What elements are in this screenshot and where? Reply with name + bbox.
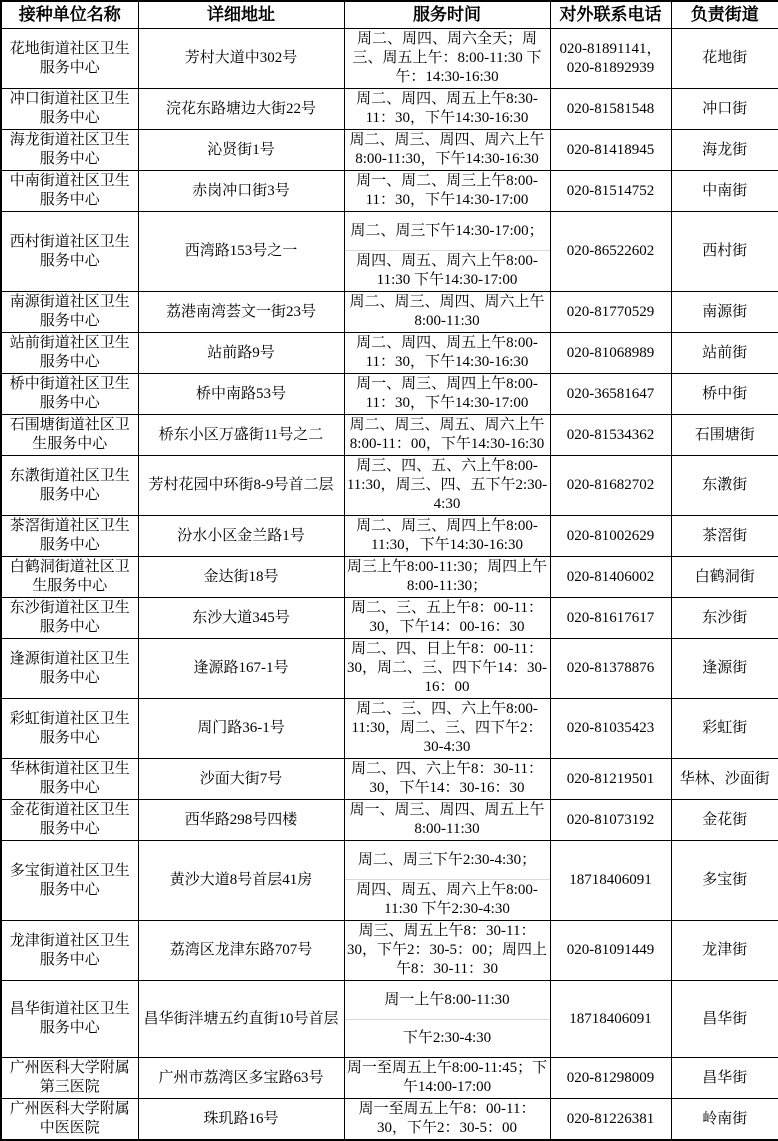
- cell-unit-name: 站前街道社区卫生服务中心: [1, 333, 138, 374]
- cell-address: 周门路36-1号: [138, 699, 344, 759]
- cell-service-time: 周一、周三、周四、周五上午8:00-11:30: [344, 800, 550, 841]
- table-row: 金花街道社区卫生服务中心西华路298号四楼周一、周三、周四、周五上午8:00-1…: [1, 800, 778, 841]
- cell-service-time: 周一至周五上午8:00-11:45；下午14:00-17:00: [344, 1058, 550, 1099]
- cell-service-time: 周三上午8:00-11:30；周四上午8:00-11:30；: [344, 557, 550, 598]
- cell-street: 华林、沙面街: [671, 759, 778, 800]
- cell-unit-name: 广州医科大学附属中医医院: [1, 1099, 138, 1141]
- cell-address: 沁贤街1号: [138, 130, 344, 171]
- cell-street: 岭南街: [671, 1099, 778, 1141]
- cell-phone: 020-81891141，020-81892939: [550, 29, 671, 89]
- cell-phone: 020-81219501: [550, 759, 671, 800]
- cell-service-time: 周二、周四、周五上午8:30-11：30，下午14:30-16:30: [344, 89, 550, 130]
- cell-address: 沙面大街7号: [138, 759, 344, 800]
- table-row: 茶滘街道社区卫生服务中心汾水小区金兰路1号周二、周三、周四上午8:00-11:3…: [1, 516, 778, 557]
- cell-address: 昌华街泮塘五约直街10号首层: [138, 981, 344, 1058]
- vaccination-units-table: 接种单位名称 详细地址 服务时间 对外联系电话 负责街道 花地街道社区卫生服务中…: [0, 0, 778, 1141]
- cell-unit-name: 南源街道社区卫生服务中心: [1, 292, 138, 333]
- col-header-address: 详细地址: [138, 1, 344, 29]
- cell-service-time: 周一、周三、周四上午8:00-11：30，下午14:30-17:00: [344, 374, 550, 415]
- table-row: 昌华街道社区卫生服务中心昌华街泮塘五约直街10号首层周一上午8:00-11:30…: [1, 981, 778, 1058]
- cell-service-time: 周一至周五上午8：00-11：30，下午2：30-5：00: [344, 1099, 550, 1141]
- cell-unit-name: 中南街道社区卫生服务中心: [1, 171, 138, 212]
- table-row: 桥中街道社区卫生服务中心桥中南路53号周一、周三、周四上午8:00-11：30，…: [1, 374, 778, 415]
- cell-service-time: 周二、周三下午14:30-17:00；周四、周五、周六上午8:00-11:30 …: [344, 212, 550, 292]
- cell-address: 站前路9号: [138, 333, 344, 374]
- table-row: 花地街道社区卫生服务中心芳村大道中302号周二、周四、周六全天；周三、周五上午：…: [1, 29, 778, 89]
- table-row: 白鹤洞街道社区卫生服务中心金达街18号周三上午8:00-11:30；周四上午8:…: [1, 557, 778, 598]
- cell-phone: 020-81682702: [550, 456, 671, 516]
- cell-service-time: 周二、四、六上午8：30-11：30，下午14：30-16：30: [344, 759, 550, 800]
- cell-address: 广州市荔湾区多宝路63号: [138, 1058, 344, 1099]
- cell-service-time: 周二、周四、周六全天；周三、周五上午：8:00-11:30 下午：14:30-1…: [344, 29, 550, 89]
- col-header-phone: 对外联系电话: [550, 1, 671, 29]
- cell-address: 浣花东路塘边大街22号: [138, 89, 344, 130]
- cell-address: 荔湾区龙津东路707号: [138, 921, 344, 981]
- cell-phone: 020-81035423: [550, 699, 671, 759]
- cell-address: 金达街18号: [138, 557, 344, 598]
- table-row: 广州医科大学附属第三医院广州市荔湾区多宝路63号周一至周五上午8:00-11:4…: [1, 1058, 778, 1099]
- cell-unit-name: 花地街道社区卫生服务中心: [1, 29, 138, 89]
- cell-service-time: 周二、周三、周四上午8:00-11:30，下午14:30-16:30: [344, 516, 550, 557]
- cell-service-time: 周一上午8:00-11:30下午2:30-4:30: [344, 981, 550, 1058]
- cell-street: 白鹤洞街: [671, 557, 778, 598]
- service-time-part: 下午2:30-4:30: [345, 1019, 550, 1057]
- cell-street: 冲口街: [671, 89, 778, 130]
- cell-unit-name: 西村街道社区卫生服务中心: [1, 212, 138, 292]
- cell-unit-name: 海龙街道社区卫生服务中心: [1, 130, 138, 171]
- cell-street: 龙津街: [671, 921, 778, 981]
- cell-unit-name: 龙津街道社区卫生服务中心: [1, 921, 138, 981]
- cell-address: 东沙大道345号: [138, 598, 344, 639]
- cell-service-time: 周一、周二、周三上午8:00-11：30，下午14:30-17:00: [344, 171, 550, 212]
- table-row: 海龙街道社区卫生服务中心沁贤街1号周二、周三、周四、周六上午8:00-11:30…: [1, 130, 778, 171]
- col-header-street: 负责街道: [671, 1, 778, 29]
- cell-address: 西华路298号四楼: [138, 800, 344, 841]
- cell-street: 金花街: [671, 800, 778, 841]
- cell-phone: 020-81068989: [550, 333, 671, 374]
- cell-phone: 18718406091: [550, 841, 671, 921]
- cell-phone: 020-81298009: [550, 1058, 671, 1099]
- cell-service-time: 周二、周三、周四、周六上午8:00-11:30，下午14:30-16:30: [344, 130, 550, 171]
- table-row: 站前街道社区卫生服务中心站前路9号周二、周四、周五上午8:00-11：30，下午…: [1, 333, 778, 374]
- cell-service-time: 周二、周三、周四、周六上午8:00-11:30: [344, 292, 550, 333]
- table-row: 中南街道社区卫生服务中心赤岗冲口街3号周一、周二、周三上午8:00-11：30，…: [1, 171, 778, 212]
- cell-service-time: 周二、周三下午2:30-4:30；周四、周五、周六上午8:00-11:30 下午…: [344, 841, 550, 921]
- table-row: 逢源街道社区卫生服务中心逢源路167-1号周二、四、日上午8：00-11：30，…: [1, 639, 778, 699]
- service-time-part: 周四、周五、周六上午8:00-11:30 下午2:30-4:30: [345, 879, 550, 920]
- cell-street: 彩虹街: [671, 699, 778, 759]
- cell-address: 汾水小区金兰路1号: [138, 516, 344, 557]
- cell-street: 海龙街: [671, 130, 778, 171]
- cell-address: 珠玑路16号: [138, 1099, 344, 1141]
- cell-unit-name: 金花街道社区卫生服务中心: [1, 800, 138, 841]
- cell-street: 多宝街: [671, 841, 778, 921]
- cell-unit-name: 东漖街道社区卫生服务中心: [1, 456, 138, 516]
- cell-service-time: 周二、周三、周五、周六上午8:00-11：00，下午14:30-16:30: [344, 415, 550, 456]
- cell-street: 东沙街: [671, 598, 778, 639]
- cell-phone: 020-81581548: [550, 89, 671, 130]
- cell-street: 昌华街: [671, 1058, 778, 1099]
- cell-unit-name: 冲口街道社区卫生服务中心: [1, 89, 138, 130]
- cell-address: 西湾路153号之一: [138, 212, 344, 292]
- table-row: 东沙街道社区卫生服务中心东沙大道345号周二、三、五上午8：00-11：30，下…: [1, 598, 778, 639]
- cell-phone: 020-81770529: [550, 292, 671, 333]
- cell-phone: 020-81378876: [550, 639, 671, 699]
- cell-unit-name: 广州医科大学附属第三医院: [1, 1058, 138, 1099]
- cell-phone: 020-81406002: [550, 557, 671, 598]
- cell-address: 芳村花园中环街8-9号首二层: [138, 456, 344, 516]
- table-row: 彩虹街道社区卫生服务中心周门路36-1号周二、三、四、六上午8:00-11:30…: [1, 699, 778, 759]
- cell-phone: 020-81514752: [550, 171, 671, 212]
- table-row: 华林街道社区卫生服务中心沙面大街7号周二、四、六上午8：30-11：30，下午1…: [1, 759, 778, 800]
- table-row: 西村街道社区卫生服务中心西湾路153号之一周二、周三下午14:30-17:00；…: [1, 212, 778, 292]
- cell-service-time: 周二、四、日上午8：00-11：30，周二、三、四下午14：30-16：00: [344, 639, 550, 699]
- cell-phone: 020-86522602: [550, 212, 671, 292]
- cell-phone: 18718406091: [550, 981, 671, 1058]
- cell-unit-name: 东沙街道社区卫生服务中心: [1, 598, 138, 639]
- cell-service-time: 周三、周五上午8：30-11：30，下午2：30-5：00；周四上午8：30-1…: [344, 921, 550, 981]
- cell-service-time: 周二、三、五上午8：00-11：30，下午14：00-16：30: [344, 598, 550, 639]
- cell-phone: 020-81226381: [550, 1099, 671, 1141]
- cell-street: 站前街: [671, 333, 778, 374]
- table-row: 冲口街道社区卫生服务中心浣花东路塘边大街22号周二、周四、周五上午8:30-11…: [1, 89, 778, 130]
- service-time-part: 周二、周三下午14:30-17:00；: [345, 212, 550, 250]
- cell-address: 桥东小区万盛街11号之二: [138, 415, 344, 456]
- cell-street: 东漖街: [671, 456, 778, 516]
- cell-phone: 020-81091449: [550, 921, 671, 981]
- col-header-service-time: 服务时间: [344, 1, 550, 29]
- cell-street: 桥中街: [671, 374, 778, 415]
- cell-service-time: 周二、周四、周五上午8:00-11：30，下午14:30-16:30: [344, 333, 550, 374]
- cell-unit-name: 石围塘街道社区卫生服务中心: [1, 415, 138, 456]
- table-row: 龙津街道社区卫生服务中心荔湾区龙津东路707号周三、周五上午8：30-11：30…: [1, 921, 778, 981]
- cell-phone: 020-81534362: [550, 415, 671, 456]
- cell-street: 昌华街: [671, 981, 778, 1058]
- cell-address: 逢源路167-1号: [138, 639, 344, 699]
- service-time-part: 周二、周三下午2:30-4:30；: [345, 841, 550, 879]
- table-row: 多宝街道社区卫生服务中心黄沙大道8号首层41房周二、周三下午2:30-4:30；…: [1, 841, 778, 921]
- cell-address: 黄沙大道8号首层41房: [138, 841, 344, 921]
- cell-address: 荔港南湾荟文一街23号: [138, 292, 344, 333]
- cell-unit-name: 彩虹街道社区卫生服务中心: [1, 699, 138, 759]
- service-time-part: 周四、周五、周六上午8:00-11:30 下午14:30-17:00: [345, 250, 550, 291]
- cell-unit-name: 多宝街道社区卫生服务中心: [1, 841, 138, 921]
- cell-unit-name: 茶滘街道社区卫生服务中心: [1, 516, 138, 557]
- table-row: 石围塘街道社区卫生服务中心桥东小区万盛街11号之二周二、周三、周五、周六上午8:…: [1, 415, 778, 456]
- cell-street: 花地街: [671, 29, 778, 89]
- cell-unit-name: 逢源街道社区卫生服务中心: [1, 639, 138, 699]
- cell-address: 芳村大道中302号: [138, 29, 344, 89]
- col-header-unit-name: 接种单位名称: [1, 1, 138, 29]
- service-time-part: 周一上午8:00-11:30: [345, 981, 550, 1019]
- cell-street: 逢源街: [671, 639, 778, 699]
- cell-phone: 020-81002629: [550, 516, 671, 557]
- cell-phone: 020-81617617: [550, 598, 671, 639]
- cell-phone: 020-36581647: [550, 374, 671, 415]
- cell-address: 赤岗冲口街3号: [138, 171, 344, 212]
- cell-unit-name: 桥中街道社区卫生服务中心: [1, 374, 138, 415]
- cell-phone: 020-81418945: [550, 130, 671, 171]
- cell-unit-name: 昌华街道社区卫生服务中心: [1, 981, 138, 1058]
- cell-service-time: 周二、三、四、六上午8:00-11:30，周二、三、四下午2：30-4:30: [344, 699, 550, 759]
- cell-street: 石围塘街: [671, 415, 778, 456]
- cell-unit-name: 华林街道社区卫生服务中心: [1, 759, 138, 800]
- table-body: 花地街道社区卫生服务中心芳村大道中302号周二、周四、周六全天；周三、周五上午：…: [1, 29, 778, 1141]
- cell-street: 中南街: [671, 171, 778, 212]
- cell-address: 桥中南路53号: [138, 374, 344, 415]
- cell-unit-name: 白鹤洞街道社区卫生服务中心: [1, 557, 138, 598]
- table-row: 广州医科大学附属中医医院珠玑路16号周一至周五上午8：00-11：30，下午2：…: [1, 1099, 778, 1141]
- table-row: 东漖街道社区卫生服务中心芳村花园中环街8-9号首二层周三、四、五、六上午8:00…: [1, 456, 778, 516]
- cell-street: 茶滘街: [671, 516, 778, 557]
- table-header-row: 接种单位名称 详细地址 服务时间 对外联系电话 负责街道: [1, 1, 778, 29]
- cell-street: 南源街: [671, 292, 778, 333]
- cell-street: 西村街: [671, 212, 778, 292]
- table-row: 南源街道社区卫生服务中心荔港南湾荟文一街23号周二、周三、周四、周六上午8:00…: [1, 292, 778, 333]
- cell-service-time: 周三、四、五、六上午8:00-11:30，周三、四、五下午2:30-4:30: [344, 456, 550, 516]
- cell-phone: 020-81073192: [550, 800, 671, 841]
